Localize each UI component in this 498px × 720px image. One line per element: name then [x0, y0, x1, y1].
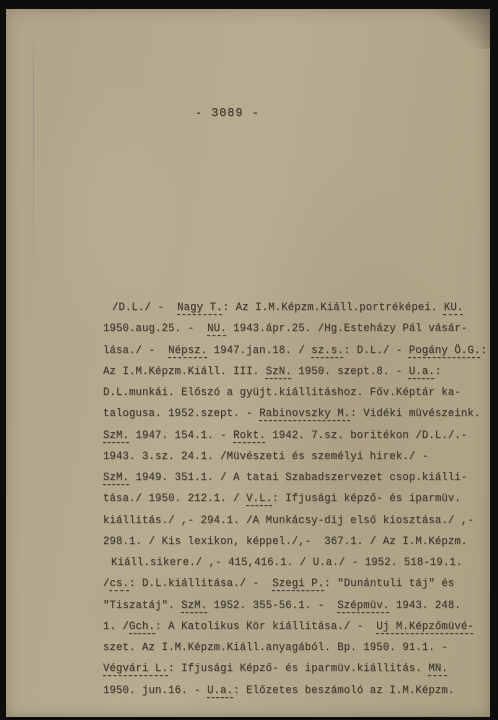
- text-line: 1. /Gch.: A Katolikus Kör kiállitása./ -…: [103, 621, 495, 642]
- text-segment: 1. /: [103, 621, 129, 633]
- text-line: 1950. jun.16. - U.a.: Előzetes beszámoló…: [103, 685, 495, 706]
- text-segment: : Az I.M.Képzm.Kiáll.portréképei.: [223, 302, 444, 314]
- text-segment: : "Dunántuli táj" és: [324, 578, 454, 590]
- underlined-segment: SzM.: [181, 600, 207, 612]
- underlined-segment: U.a.: [207, 685, 233, 697]
- underlined-segment: Szépmüv.: [337, 600, 389, 612]
- text-segment: 1950. szept.8. -: [292, 366, 409, 378]
- text-segment: 298.1. / Kis lexikon, képpel./,- 367.1. …: [103, 536, 467, 548]
- text-segment: 1950.aug.25. -: [103, 323, 207, 335]
- underlined-segment: Nagy T.: [177, 302, 223, 314]
- text-line: 298.1. / Kis lexikon, képpel./,- 367.1. …: [103, 536, 495, 557]
- page-number: - 3089 -: [195, 107, 260, 120]
- text-line: SzM. 1947. 154.1. - Rokt. 1942. 7.sz. bo…: [103, 430, 495, 451]
- text-line: talogusa. 1952.szept. - Rabinovszky M.: …: [103, 408, 495, 429]
- text-segment: :: [435, 366, 442, 378]
- underlined-segment: KU.: [444, 302, 464, 314]
- text-segment: 1949. 351.1. / A tatai Szabadszervezet c…: [129, 472, 467, 484]
- text-segment: 1943.ápr.25. /Hg.Esteházy Pál vásár-: [227, 323, 468, 335]
- underlined-segment: V.L.: [246, 493, 272, 505]
- text-line: D.L.munkái. Előszó a gyüjt.kiállitáshoz.…: [103, 387, 495, 408]
- text-segment: talogusa. 1952.szept. -: [103, 408, 259, 420]
- text-line: szet. Az I.M.Képzm.Kiáll.anyagából. Bp. …: [103, 642, 495, 663]
- text-segment: : Vidéki müvészeink.: [350, 408, 480, 420]
- text-segment: 1943. 3.sz. 24.1. /Müvészeti és személyi…: [103, 451, 428, 463]
- text-segment: kiállitás./ ,- 294.1. /A Munkácsy-dij el…: [103, 515, 474, 527]
- text-segment: : Ifjusági Képző- és iparmüv.kiállitás.: [168, 663, 428, 675]
- text-block: /D.L./ - Nagy T.: Az I.M.Képzm.Kiáll.por…: [103, 302, 495, 706]
- text-segment: szet. Az I.M.Képzm.Kiáll.anyagából. Bp. …: [103, 642, 448, 654]
- underlined-segment: Népsz.: [168, 345, 207, 357]
- text-segment: "Tiszatáj".: [103, 600, 181, 612]
- underlined-segment: Uj M.Képzőmüvé-: [376, 621, 474, 633]
- text-segment: 1947. 154.1. -: [129, 430, 233, 442]
- text-segment: lása./ -: [103, 345, 168, 357]
- text-segment: /D.L./ -: [112, 302, 177, 314]
- text-line: 1950.aug.25. - NU. 1943.ápr.25. /Hg.Este…: [103, 323, 495, 344]
- text-line: /D.L./ - Nagy T.: Az I.M.Képzm.Kiáll.por…: [103, 302, 495, 323]
- scan-corner-shadow: [430, 9, 490, 49]
- underlined-segment: SzN.: [266, 366, 292, 378]
- text-segment: D.L.munkái. Előszó a gyüjt.kiállitáshoz.…: [103, 387, 461, 399]
- underlined-segment: Rabinovszky M.: [259, 408, 350, 420]
- text-segment: 1947.jan.18. /: [207, 345, 311, 357]
- underlined-segment: SzM.: [103, 430, 129, 442]
- text-segment: : D.L./ -: [344, 345, 409, 357]
- underlined-segment: Szegi P.: [272, 578, 324, 590]
- underlined-segment: NU.: [207, 323, 227, 335]
- underlined-segment: Végvári L.: [103, 663, 168, 675]
- fold-line-artifact: [33, 21, 34, 286]
- text-segment: : Ifjusági képző- és iparmüv.: [272, 493, 461, 505]
- text-line: Az I.M.Képzm.Kiáll. III. SzN. 1950. szep…: [103, 366, 495, 387]
- text-segment: Kiáll.sikere./ ,- 415,416.1. / U.a./ - 1…: [111, 557, 462, 569]
- text-segment: tása./ 1950. 212.1. /: [103, 493, 246, 505]
- text-segment: : Előzetes beszámoló az I.M.Képzm.: [233, 685, 454, 697]
- text-segment: 1943. 248.: [389, 600, 461, 612]
- text-segment: : A Katolikus Kör kiállitása./ -: [155, 621, 376, 633]
- text-line: tása./ 1950. 212.1. / V.L.: Ifjusági kép…: [103, 493, 495, 514]
- text-line: /cs.: D.L.kiállitása./ - Szegi P.: "Duná…: [103, 578, 495, 599]
- underlined-segment: sz.s.: [311, 345, 344, 357]
- underlined-segment: cs.: [110, 578, 130, 590]
- underlined-segment: Pogány Ö.G.: [409, 345, 481, 357]
- scanned-document-screenshot: { "page_number": "- 3089 -", "colors": {…: [0, 0, 498, 720]
- text-segment: : D.L.kiállitása./ -: [129, 578, 272, 590]
- text-segment: 1942. 7.sz. boritékon /D.L./.-: [266, 430, 468, 442]
- underlined-segment: Rokt.: [233, 430, 266, 442]
- underlined-segment: Gch.: [129, 621, 155, 633]
- text-segment: 1952. 355-56.1. -: [207, 600, 337, 612]
- underlined-segment: U.a.: [409, 366, 435, 378]
- underlined-segment: MN.: [428, 663, 448, 675]
- text-line: kiállitás./ ,- 294.1. /A Munkácsy-dij el…: [103, 515, 495, 536]
- document-page: - 3089 - /D.L./ - Nagy T.: Az I.M.Képzm.…: [6, 9, 490, 717]
- text-line: "Tiszatáj". SzM. 1952. 355-56.1. - Szépm…: [103, 600, 495, 621]
- text-line: Kiáll.sikere./ ,- 415,416.1. / U.a./ - 1…: [103, 557, 495, 578]
- text-segment: Az I.M.Képzm.Kiáll. III.: [103, 366, 266, 378]
- text-line: Végvári L.: Ifjusági Képző- és iparmüv.k…: [103, 663, 495, 684]
- text-segment: 1950. jun.16. -: [103, 685, 207, 697]
- text-line: SzM. 1949. 351.1. / A tatai Szabadszerve…: [103, 472, 495, 493]
- text-line: lása./ - Népsz. 1947.jan.18. / sz.s.: D.…: [103, 345, 495, 366]
- text-segment: :: [480, 345, 487, 357]
- text-line: 1943. 3.sz. 24.1. /Müvészeti és személyi…: [103, 451, 495, 472]
- underlined-segment: SzM.: [103, 472, 129, 484]
